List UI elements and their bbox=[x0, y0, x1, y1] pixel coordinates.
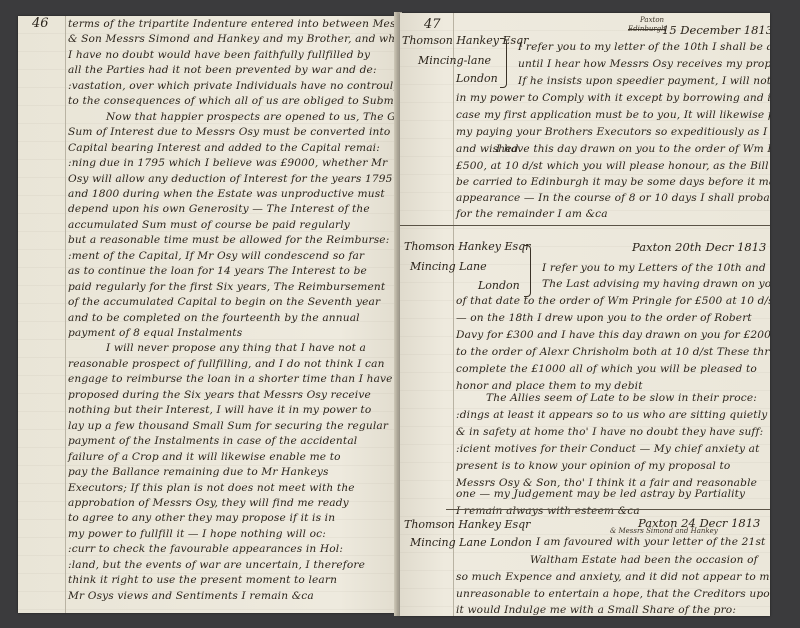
text-line: it would Indulge me with a Small Share o… bbox=[456, 604, 736, 616]
text-line: The Allies seem of Late to be slow in th… bbox=[486, 392, 757, 404]
text-line: to the consequences of which all of us a… bbox=[68, 95, 396, 107]
text-line: lay up a few thousand Small Sum for secu… bbox=[68, 420, 388, 432]
text-line: I am favoured with your letter of the 21… bbox=[536, 536, 765, 548]
interlinear-note: & Messrs Simond and Hankey bbox=[610, 527, 718, 535]
text-line: my power to fullfill it — I hope nothing… bbox=[68, 528, 326, 540]
text-line: paid regularly for the first Six years, … bbox=[68, 281, 385, 293]
text-line: present is to know your opinion of my pr… bbox=[456, 460, 730, 472]
text-line: Capital bearing Interest and added to th… bbox=[68, 142, 380, 154]
text-line: to agree to any other they may propose i… bbox=[68, 512, 335, 524]
text-line: unreasonable to entertain a hope, that t… bbox=[456, 588, 770, 600]
addressee-line: Thomson Hankey Esqr bbox=[404, 518, 530, 531]
text-line: I refer you to my letter of the 10th I s… bbox=[518, 41, 770, 53]
letter-divider bbox=[446, 509, 770, 510]
text-line: I will never propose any thing that I ha… bbox=[106, 342, 366, 354]
text-line: engage to reimburse the loan in a shorte… bbox=[68, 373, 393, 385]
text-line: terms of the tripartite Indenture entere… bbox=[68, 18, 396, 30]
text-line: approbation of Messrs Osy, they will fin… bbox=[68, 497, 349, 509]
text-line: payment of 8 equal Instalments bbox=[68, 327, 242, 339]
text-line: so much Expence and anxiety, and it did … bbox=[456, 571, 770, 583]
text-line: accumulated Sum must of course be paid r… bbox=[68, 219, 350, 231]
text-line: £500, at 10 d/st which you will please h… bbox=[456, 160, 770, 172]
text-line: & Son Messrs Simond and Hankey and my Br… bbox=[68, 33, 396, 45]
addressee-line: Mincing Lane bbox=[410, 260, 487, 273]
text-line: Sum of Interest due to Messrs Osy must b… bbox=[68, 126, 396, 138]
text-line: and 1800 during when the Estate was unpr… bbox=[68, 188, 385, 200]
addressee-line: Mincing Lane London bbox=[410, 536, 532, 549]
left-page: 46 terms of the tripartite Indenture ent… bbox=[18, 16, 396, 613]
address-brace bbox=[500, 38, 507, 88]
text-line: Mr Osys views and Sentiments I remain &c… bbox=[68, 590, 314, 602]
text-line: case my first application must be to you… bbox=[456, 109, 770, 121]
letter-divider bbox=[400, 225, 770, 226]
page-number: 46 bbox=[32, 16, 49, 31]
text-line: :vastation, over which private Individua… bbox=[68, 80, 396, 92]
text-line: depend upon his own Generosity — The Int… bbox=[68, 203, 370, 215]
text-line: — on the 18th I drew upon you to the ord… bbox=[456, 312, 752, 324]
text-line: Now that happier prospects are opened to… bbox=[106, 111, 396, 123]
text-line: I remain always with esteem &ca bbox=[456, 505, 640, 517]
address-brace bbox=[524, 245, 531, 297]
text-line: :curr to check the favourable appearance… bbox=[68, 543, 343, 555]
text-line: of that date to the order of Wm Pringle … bbox=[456, 295, 770, 307]
text-line: my paying your Brothers Executors so exp… bbox=[456, 126, 770, 138]
text-line: for the remainder I am &ca bbox=[456, 208, 608, 220]
text-line: one — my Judgement may be led astray by … bbox=[456, 488, 745, 500]
text-line: pay the Ballance remaining due to Mr Han… bbox=[68, 466, 329, 478]
text-line: be carried to Edinburgh it may be some d… bbox=[456, 176, 770, 188]
text-line: :ment of the Capital, If Mr Osy will con… bbox=[68, 250, 364, 262]
inserted-place: Paxton bbox=[640, 16, 664, 24]
letter-date: Paxton 20th Decr 1813 bbox=[632, 240, 766, 254]
text-line: :ning due in 1795 which I believe was £9… bbox=[68, 157, 387, 169]
text-line: reasonable prospect of fullfilling, and … bbox=[68, 358, 385, 370]
text-line: :land, but the events of war are uncerta… bbox=[68, 559, 365, 571]
text-line: nothing but their Interest, I will have … bbox=[68, 404, 371, 416]
letter-date: 15 December 1813 bbox=[662, 23, 770, 37]
text-line: If he insists upon speedier payment, I w… bbox=[518, 75, 770, 87]
text-line: but a reasonable time must be allowed fo… bbox=[68, 234, 389, 246]
text-line: appearance — In the course of 8 or 10 da… bbox=[456, 192, 770, 204]
text-line: complete the £1000 all of which you will… bbox=[456, 363, 757, 375]
addressee-line: Thomson Hankey Esqr bbox=[404, 240, 530, 253]
margin-rule bbox=[65, 16, 66, 613]
page-number: 47 bbox=[424, 17, 441, 32]
text-line: :icient motives for their Conduct — My c… bbox=[456, 443, 760, 455]
text-line: failure of a Crop and it will likewise e… bbox=[68, 451, 341, 463]
text-line: I refer you to my Letters of the 10th an… bbox=[542, 262, 770, 274]
text-line: all the Parties had it not been prevente… bbox=[68, 64, 377, 76]
text-line: Davy for £300 and I have this day drawn … bbox=[456, 329, 770, 341]
text-line: I have no doubt would have been faithful… bbox=[68, 49, 370, 61]
struck-place: Edinburgh bbox=[628, 25, 666, 33]
text-line: Waltham Estate had been the occasion of bbox=[530, 554, 758, 566]
addressee-line: London bbox=[478, 279, 520, 292]
text-line: Executors; If this plan is not does not … bbox=[68, 482, 355, 494]
text-line: as to continue the loan for 14 years The… bbox=[68, 265, 367, 277]
text-line: in my power to Comply with it except by … bbox=[456, 92, 770, 104]
text-line: of the accumulated Capital to begin on t… bbox=[68, 296, 380, 308]
text-line: I have this day drawn on you to the orde… bbox=[496, 143, 770, 155]
text-line: & in safety at home tho' I have no doubt… bbox=[456, 426, 763, 438]
text-line: Osy will allow any deduction of Interest… bbox=[68, 173, 393, 185]
text-line: payment of the Instalments in case of th… bbox=[68, 435, 357, 447]
addressee-line: Thomson Hankey Esqr bbox=[402, 34, 528, 47]
text-line: to the order of Alexr Chrisholm both at … bbox=[456, 346, 770, 358]
addressee-line: London bbox=[456, 72, 498, 85]
text-line: until I hear how Messrs Osy receives my … bbox=[518, 58, 770, 70]
addressee-line: Mincing-lane bbox=[418, 54, 491, 67]
text-line: and to be completed on the fourteenth by… bbox=[68, 312, 360, 324]
right-page: 47 Thomson Hankey Esqr Mincing-lane Lond… bbox=[400, 13, 770, 616]
text-line: :dings at least it appears so to us who … bbox=[456, 409, 767, 421]
text-line: honor and place them to my debit bbox=[456, 380, 643, 392]
text-line: think it right to use the present moment… bbox=[68, 574, 337, 586]
text-line: The Last advising my having drawn on you bbox=[542, 278, 770, 290]
text-line: proposed during the Six years that Messr… bbox=[68, 389, 371, 401]
